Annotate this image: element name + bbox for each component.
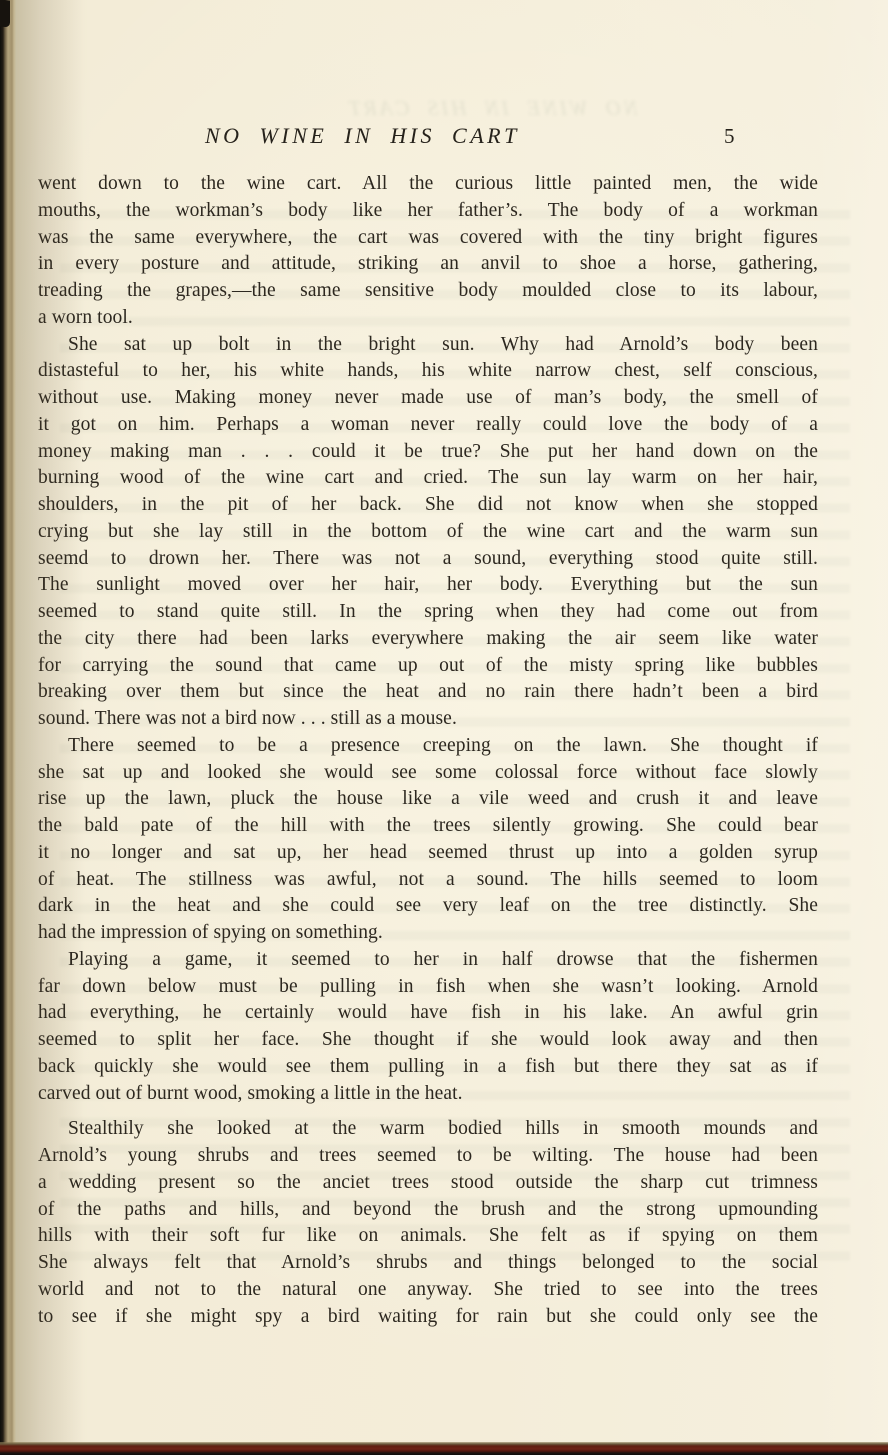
text-line: money making man . . . could it be true?… xyxy=(38,439,818,466)
paragraph: went down to the wine cart. All the curi… xyxy=(38,171,818,332)
text-line: rise up the lawn, pluck the house like a… xyxy=(38,786,818,813)
text-line: the city there had been larks everywhere… xyxy=(38,626,818,653)
text-line: breaking over them but since the heat an… xyxy=(38,679,818,706)
paragraph: Playing a game, it seemed to her in half… xyxy=(38,947,818,1108)
text-line: shoulders, in the pit of her back. She d… xyxy=(38,492,818,519)
text-line: She always felt that Arnold’s shrubs and… xyxy=(38,1250,818,1277)
text-line: dark in the heat and she could see very … xyxy=(38,893,818,920)
text-line: was the same everywhere, the cart was co… xyxy=(38,225,818,252)
text-line: had the impression of spying on somethin… xyxy=(38,920,818,947)
text-line: mouths, the workman’s body like her fath… xyxy=(38,198,818,225)
text-line: a worn tool. xyxy=(38,305,818,332)
text-line: seemed to split her face. She thought if… xyxy=(38,1027,818,1054)
page-text: went down to the wine cart. All the curi… xyxy=(38,171,818,1330)
text-line: Stealthily she looked at the warm bodied… xyxy=(38,1116,818,1143)
text-line: for carrying the sound that came up out … xyxy=(38,653,818,680)
text-line: burning wood of the wine cart and cried.… xyxy=(38,465,818,492)
scanned-book-page: NO WINE IN HIS CART NO WINE IN HIS CART … xyxy=(0,0,888,1455)
corner-mark xyxy=(0,0,10,28)
text-line: of the paths and hills, and beyond the b… xyxy=(38,1197,818,1224)
text-line: sound. There was not a bird now . . . st… xyxy=(38,706,818,733)
text-line: to see if she might spy a bird waiting f… xyxy=(38,1304,818,1331)
text-line: it no longer and sat up, her head seemed… xyxy=(38,840,818,867)
text-line: There seemed to be a presence creeping o… xyxy=(38,733,818,760)
paragraph: She sat up bolt in the bright sun. Why h… xyxy=(38,332,818,733)
text-line: distasteful to her, his white hands, his… xyxy=(38,358,818,385)
text-line: She sat up bolt in the bright sun. Why h… xyxy=(38,332,818,359)
binding-edge xyxy=(0,0,16,1455)
show-through-running-head: NO WINE IN HIS CART xyxy=(318,96,638,121)
text-line: treading the grapes,—the same sensitive … xyxy=(38,278,818,305)
text-line: seemd to drown her. There was not a soun… xyxy=(38,546,818,573)
text-line: world and not to the natural one anyway.… xyxy=(38,1277,818,1304)
text-line: had everything, he certainly would have … xyxy=(38,1000,818,1027)
running-head: NO WINE IN HIS CART xyxy=(205,123,520,149)
paragraph: Stealthily she looked at the warm bodied… xyxy=(38,1116,818,1330)
text-line: it got on him. Perhaps a woman never rea… xyxy=(38,412,818,439)
text-line: hills with their soft fur like on animal… xyxy=(38,1223,818,1250)
text-line: The sunlight moved over her hair, her bo… xyxy=(38,572,818,599)
text-line: of heat. The stillness was awful, not a … xyxy=(38,867,818,894)
text-line: back quickly she would see them pulling … xyxy=(38,1054,818,1081)
text-line: in every posture and attitude, striking … xyxy=(38,251,818,278)
text-line: went down to the wine cart. All the curi… xyxy=(38,171,818,198)
text-line: seemed to stand quite still. In the spri… xyxy=(38,599,818,626)
text-line: without use. Making money never made use… xyxy=(38,385,818,412)
text-line: she sat up and looked she would see some… xyxy=(38,760,818,787)
book-cover-edge xyxy=(0,1442,888,1455)
text-line: crying but she lay still in the bottom o… xyxy=(38,519,818,546)
text-line: far down below must be pulling in fish w… xyxy=(38,974,818,1001)
text-line: Arnold’s young shrubs and trees seemed t… xyxy=(38,1143,818,1170)
text-line: a wedding present so the anciet trees st… xyxy=(38,1170,818,1197)
gutter-shadow xyxy=(14,0,84,1455)
paragraph: There seemed to be a presence creeping o… xyxy=(38,733,818,947)
text-line: Playing a game, it seemed to her in half… xyxy=(38,947,818,974)
text-line: carved out of burnt wood, smoking a litt… xyxy=(38,1081,818,1108)
page-number: 5 xyxy=(724,124,735,149)
text-line: the bald pate of the hill with the trees… xyxy=(38,813,818,840)
